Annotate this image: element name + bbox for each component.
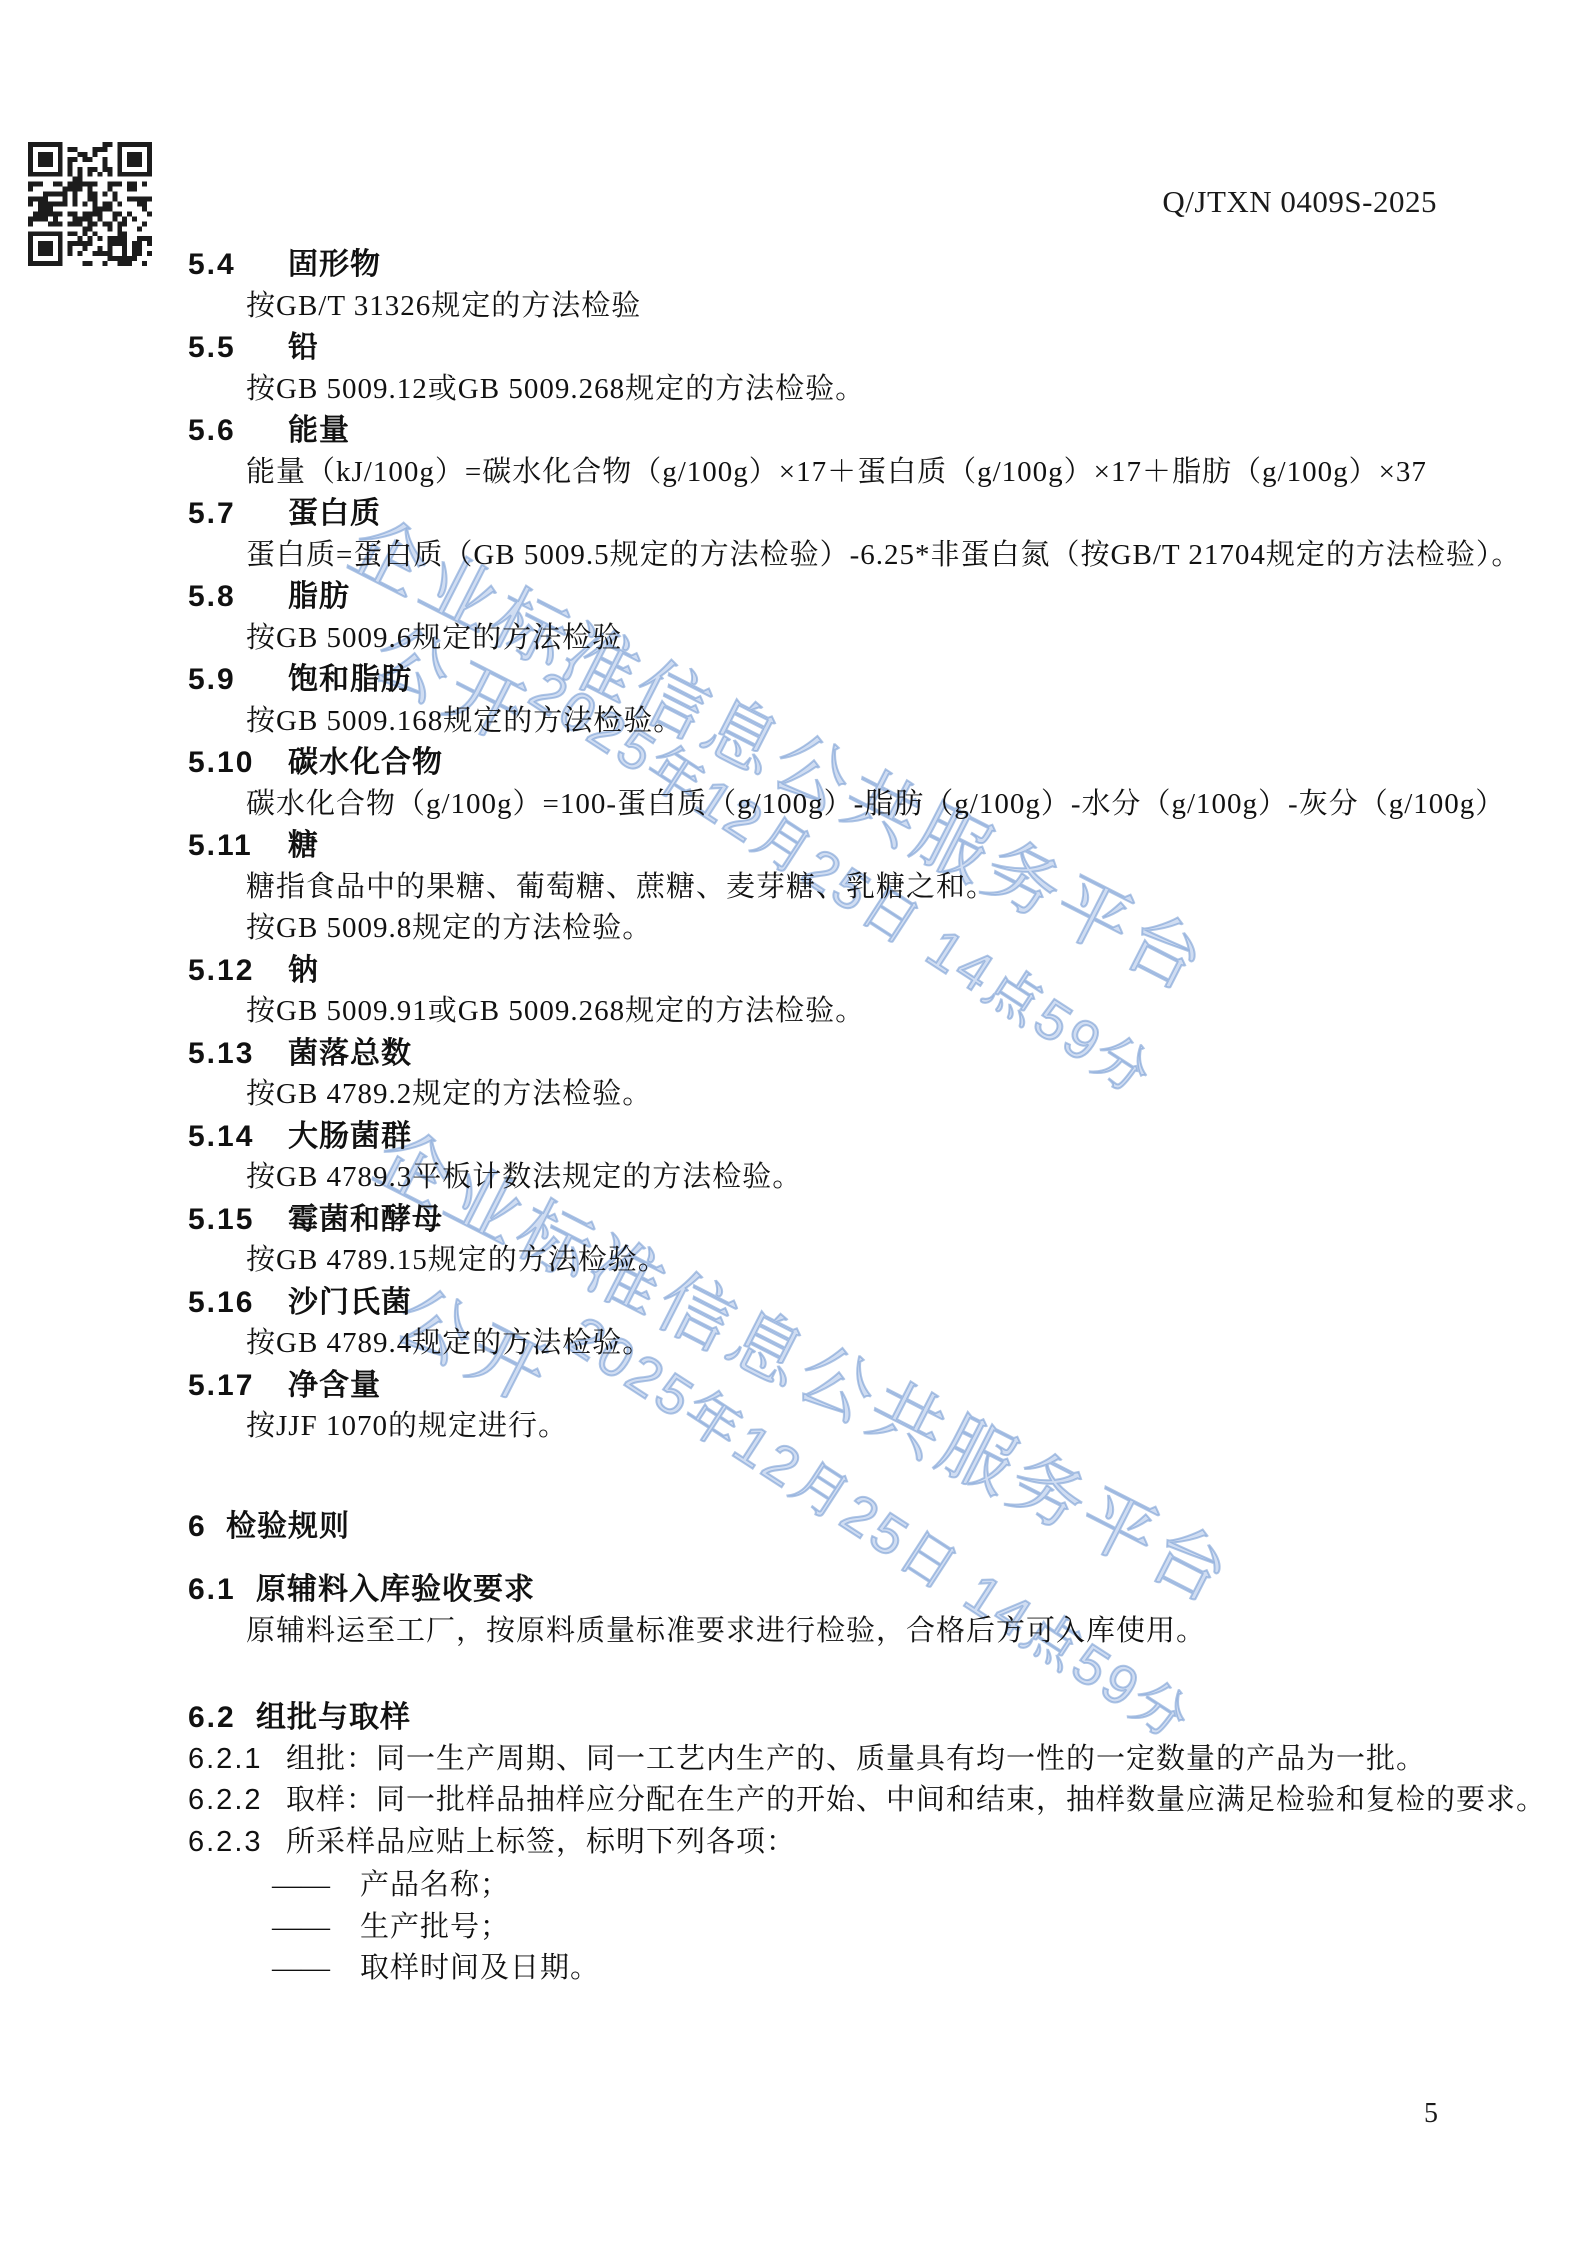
document-body: 5.4固形物按GB/T 31326规定的方法检验5.5铅按GB 5009.12或… (188, 244, 1568, 1990)
section-number: 5.10 (188, 742, 288, 784)
section-number: 6 (188, 1506, 226, 1548)
line-text: 按GB 4789.2规定的方法检验。 (246, 1074, 652, 1116)
paragraph-line: 按GB 5009.168规定的方法检验。 (188, 701, 1568, 743)
section-number: 6.2.3 (188, 1822, 286, 1864)
section-heading: 5.12钠 (188, 950, 1568, 992)
line-text: 组批：同一生产周期、同一工艺内生产的、质量具有均一性的一定数量的产品为一批。 (286, 1739, 1426, 1781)
section-heading: 5.17净含量 (188, 1365, 1568, 1407)
line-text: 按GB 5009.168规定的方法检验。 (246, 701, 683, 743)
section-heading: 5.5铅 (188, 327, 1568, 369)
numbered-paragraph: 6.2.3所采样品应贴上标签，标明下列各项： (188, 1822, 1568, 1864)
line-text: 菌落总数 (288, 1033, 412, 1075)
line-text: 按GB 5009.8规定的方法检验。 (246, 908, 652, 950)
paragraph-line: 碳水化合物（g/100g）=100-蛋白质（g/100g）-脂肪（g/100g）… (188, 784, 1568, 826)
section-number: 5.8 (188, 576, 288, 618)
line-text: 按GB/T 31326规定的方法检验 (246, 286, 641, 328)
section-heading: 5.6能量 (188, 410, 1568, 452)
paragraph-line: 糖指食品中的果糖、葡萄糖、蔗糖、麦芽糖、乳糖之和。 (188, 867, 1568, 909)
section-number: 5.11 (188, 825, 288, 867)
dash-marker: —— (272, 1865, 330, 1907)
paragraph-line: 按JJF 1070的规定进行。 (188, 1406, 1568, 1448)
line-text: 大肠菌群 (288, 1116, 412, 1158)
line-text: 沙门氏菌 (288, 1282, 412, 1324)
section-heading: 5.13菌落总数 (188, 1033, 1568, 1075)
section-heading: 6检验规则 (188, 1506, 1568, 1548)
line-text: 能量 (288, 410, 350, 452)
paragraph-line: 按GB 5009.91或GB 5009.268规定的方法检验。 (188, 991, 1568, 1033)
line-text: 能量（kJ/100g）=碳水化合物（g/100g）×17＋蛋白质（g/100g）… (246, 452, 1427, 494)
section-number: 5.13 (188, 1033, 288, 1075)
dash-marker: —— (272, 1907, 330, 1949)
section-number: 6.1 (188, 1569, 256, 1611)
line-text: 按GB 5009.6规定的方法检验 (246, 618, 622, 660)
dash-list-item: ——生产批号； (188, 1907, 1568, 1949)
paragraph-line: 按GB 5009.12或GB 5009.268规定的方法检验。 (188, 369, 1568, 411)
section-heading: 5.11糖 (188, 825, 1568, 867)
line-text: 按GB 5009.12或GB 5009.268规定的方法检验。 (246, 369, 865, 411)
section-number: 5.9 (188, 659, 288, 701)
section-heading: 5.16沙门氏菌 (188, 1282, 1568, 1324)
section-heading: 5.15霉菌和酵母 (188, 1199, 1568, 1241)
qr-code (28, 142, 152, 266)
line-text: 蛋白质=蛋白质（GB 5009.5规定的方法检验）-6.25*非蛋白氮（按GB/… (246, 535, 1521, 577)
section-heading: 5.4固形物 (188, 244, 1568, 286)
numbered-paragraph: 6.2.2取样：同一批样品抽样应分配在生产的开始、中间和结束，抽样数量应满足检验… (188, 1780, 1568, 1822)
line-text: 按JJF 1070的规定进行。 (246, 1406, 568, 1448)
line-text: 净含量 (288, 1365, 381, 1407)
paragraph-line: 按GB 5009.8规定的方法检验。 (188, 908, 1568, 950)
section-number: 5.16 (188, 1282, 288, 1324)
section-number: 5.7 (188, 493, 288, 535)
paragraph-line: 按GB/T 31326规定的方法检验 (188, 286, 1568, 328)
line-text: 按GB 4789.3平板计数法规定的方法检验。 (246, 1157, 802, 1199)
section-number: 5.14 (188, 1116, 288, 1158)
section-heading: 5.14大肠菌群 (188, 1116, 1568, 1158)
section-number: 5.17 (188, 1365, 288, 1407)
line-text: 检验规则 (226, 1506, 350, 1548)
document-page: { "header": { "doc_code": "Q/JTXN 0409S-… (0, 0, 1588, 2245)
section-number: 5.4 (188, 244, 288, 286)
line-text: 所采样品应贴上标签，标明下列各项： (286, 1822, 796, 1864)
line-text: 取样：同一批样品抽样应分配在生产的开始、中间和结束，抽样数量应满足检验和复检的要… (286, 1780, 1546, 1822)
line-text: 碳水化合物（g/100g）=100-蛋白质（g/100g）-脂肪（g/100g）… (246, 784, 1505, 826)
section-number: 5.12 (188, 950, 288, 992)
section-number: 6.2 (188, 1697, 256, 1739)
section-number: 5.15 (188, 1199, 288, 1241)
page-number: 5 (1424, 2098, 1438, 2130)
numbered-paragraph: 6.2.1组批：同一生产周期、同一工艺内生产的、质量具有均一性的一定数量的产品为… (188, 1739, 1568, 1781)
paragraph-line: 按GB 4789.2规定的方法检验。 (188, 1074, 1568, 1116)
line-text: 固形物 (288, 244, 381, 286)
dash-list-item: ——产品名称； (188, 1865, 1568, 1907)
paragraph-line: 原辅料运至工厂，按原料质量标准要求进行检验，合格后方可入库使用。 (188, 1611, 1568, 1653)
line-text: 原辅料入库验收要求 (256, 1569, 535, 1611)
line-text: 组批与取样 (256, 1697, 411, 1739)
paragraph-line: 按GB 4789.4规定的方法检验。 (188, 1323, 1568, 1365)
doc-code-header: Q/JTXN 0409S-2025 (1162, 184, 1437, 220)
section-number: 5.6 (188, 410, 288, 452)
paragraph-line: 蛋白质=蛋白质（GB 5009.5规定的方法检验）-6.25*非蛋白氮（按GB/… (188, 535, 1568, 577)
line-text: 原辅料运至工厂，按原料质量标准要求进行检验，合格后方可入库使用。 (246, 1611, 1206, 1653)
section-heading: 5.9饱和脂肪 (188, 659, 1568, 701)
line-text: 糖 (288, 825, 319, 867)
line-text: 糖指食品中的果糖、葡萄糖、蔗糖、麦芽糖、乳糖之和。 (246, 867, 996, 909)
line-text: 脂肪 (288, 576, 350, 618)
paragraph-line: 能量（kJ/100g）=碳水化合物（g/100g）×17＋蛋白质（g/100g）… (188, 452, 1568, 494)
paragraph-line: 按GB 4789.3平板计数法规定的方法检验。 (188, 1157, 1568, 1199)
line-text: 霉菌和酵母 (288, 1199, 443, 1241)
line-text: 取样时间及日期。 (360, 1948, 600, 1990)
section-number: 6.2.2 (188, 1780, 286, 1822)
section-heading: 5.7蛋白质 (188, 493, 1568, 535)
paragraph-line: 按GB 5009.6规定的方法检验 (188, 618, 1568, 660)
dash-marker: —— (272, 1948, 330, 1990)
section-heading: 6.1原辅料入库验收要求 (188, 1569, 1568, 1611)
line-text: 按GB 5009.91或GB 5009.268规定的方法检验。 (246, 991, 865, 1033)
paragraph-line: 按GB 4789.15规定的方法检验。 (188, 1240, 1568, 1282)
section-heading: 5.8脂肪 (188, 576, 1568, 618)
line-text: 生产批号； (360, 1907, 510, 1949)
line-text: 按GB 4789.15规定的方法检验。 (246, 1240, 668, 1282)
section-heading: 5.10碳水化合物 (188, 742, 1568, 784)
section-heading: 6.2组批与取样 (188, 1697, 1568, 1739)
line-text: 钠 (288, 950, 319, 992)
line-text: 产品名称； (360, 1865, 510, 1907)
section-number: 6.2.1 (188, 1739, 286, 1781)
line-text: 饱和脂肪 (288, 659, 412, 701)
section-number: 5.5 (188, 327, 288, 369)
line-text: 碳水化合物 (288, 742, 443, 784)
line-text: 蛋白质 (288, 493, 381, 535)
qr-code-image (28, 142, 152, 266)
dash-list-item: ——取样时间及日期。 (188, 1948, 1568, 1990)
line-text: 按GB 4789.4规定的方法检验。 (246, 1323, 652, 1365)
line-text: 铅 (288, 327, 319, 369)
